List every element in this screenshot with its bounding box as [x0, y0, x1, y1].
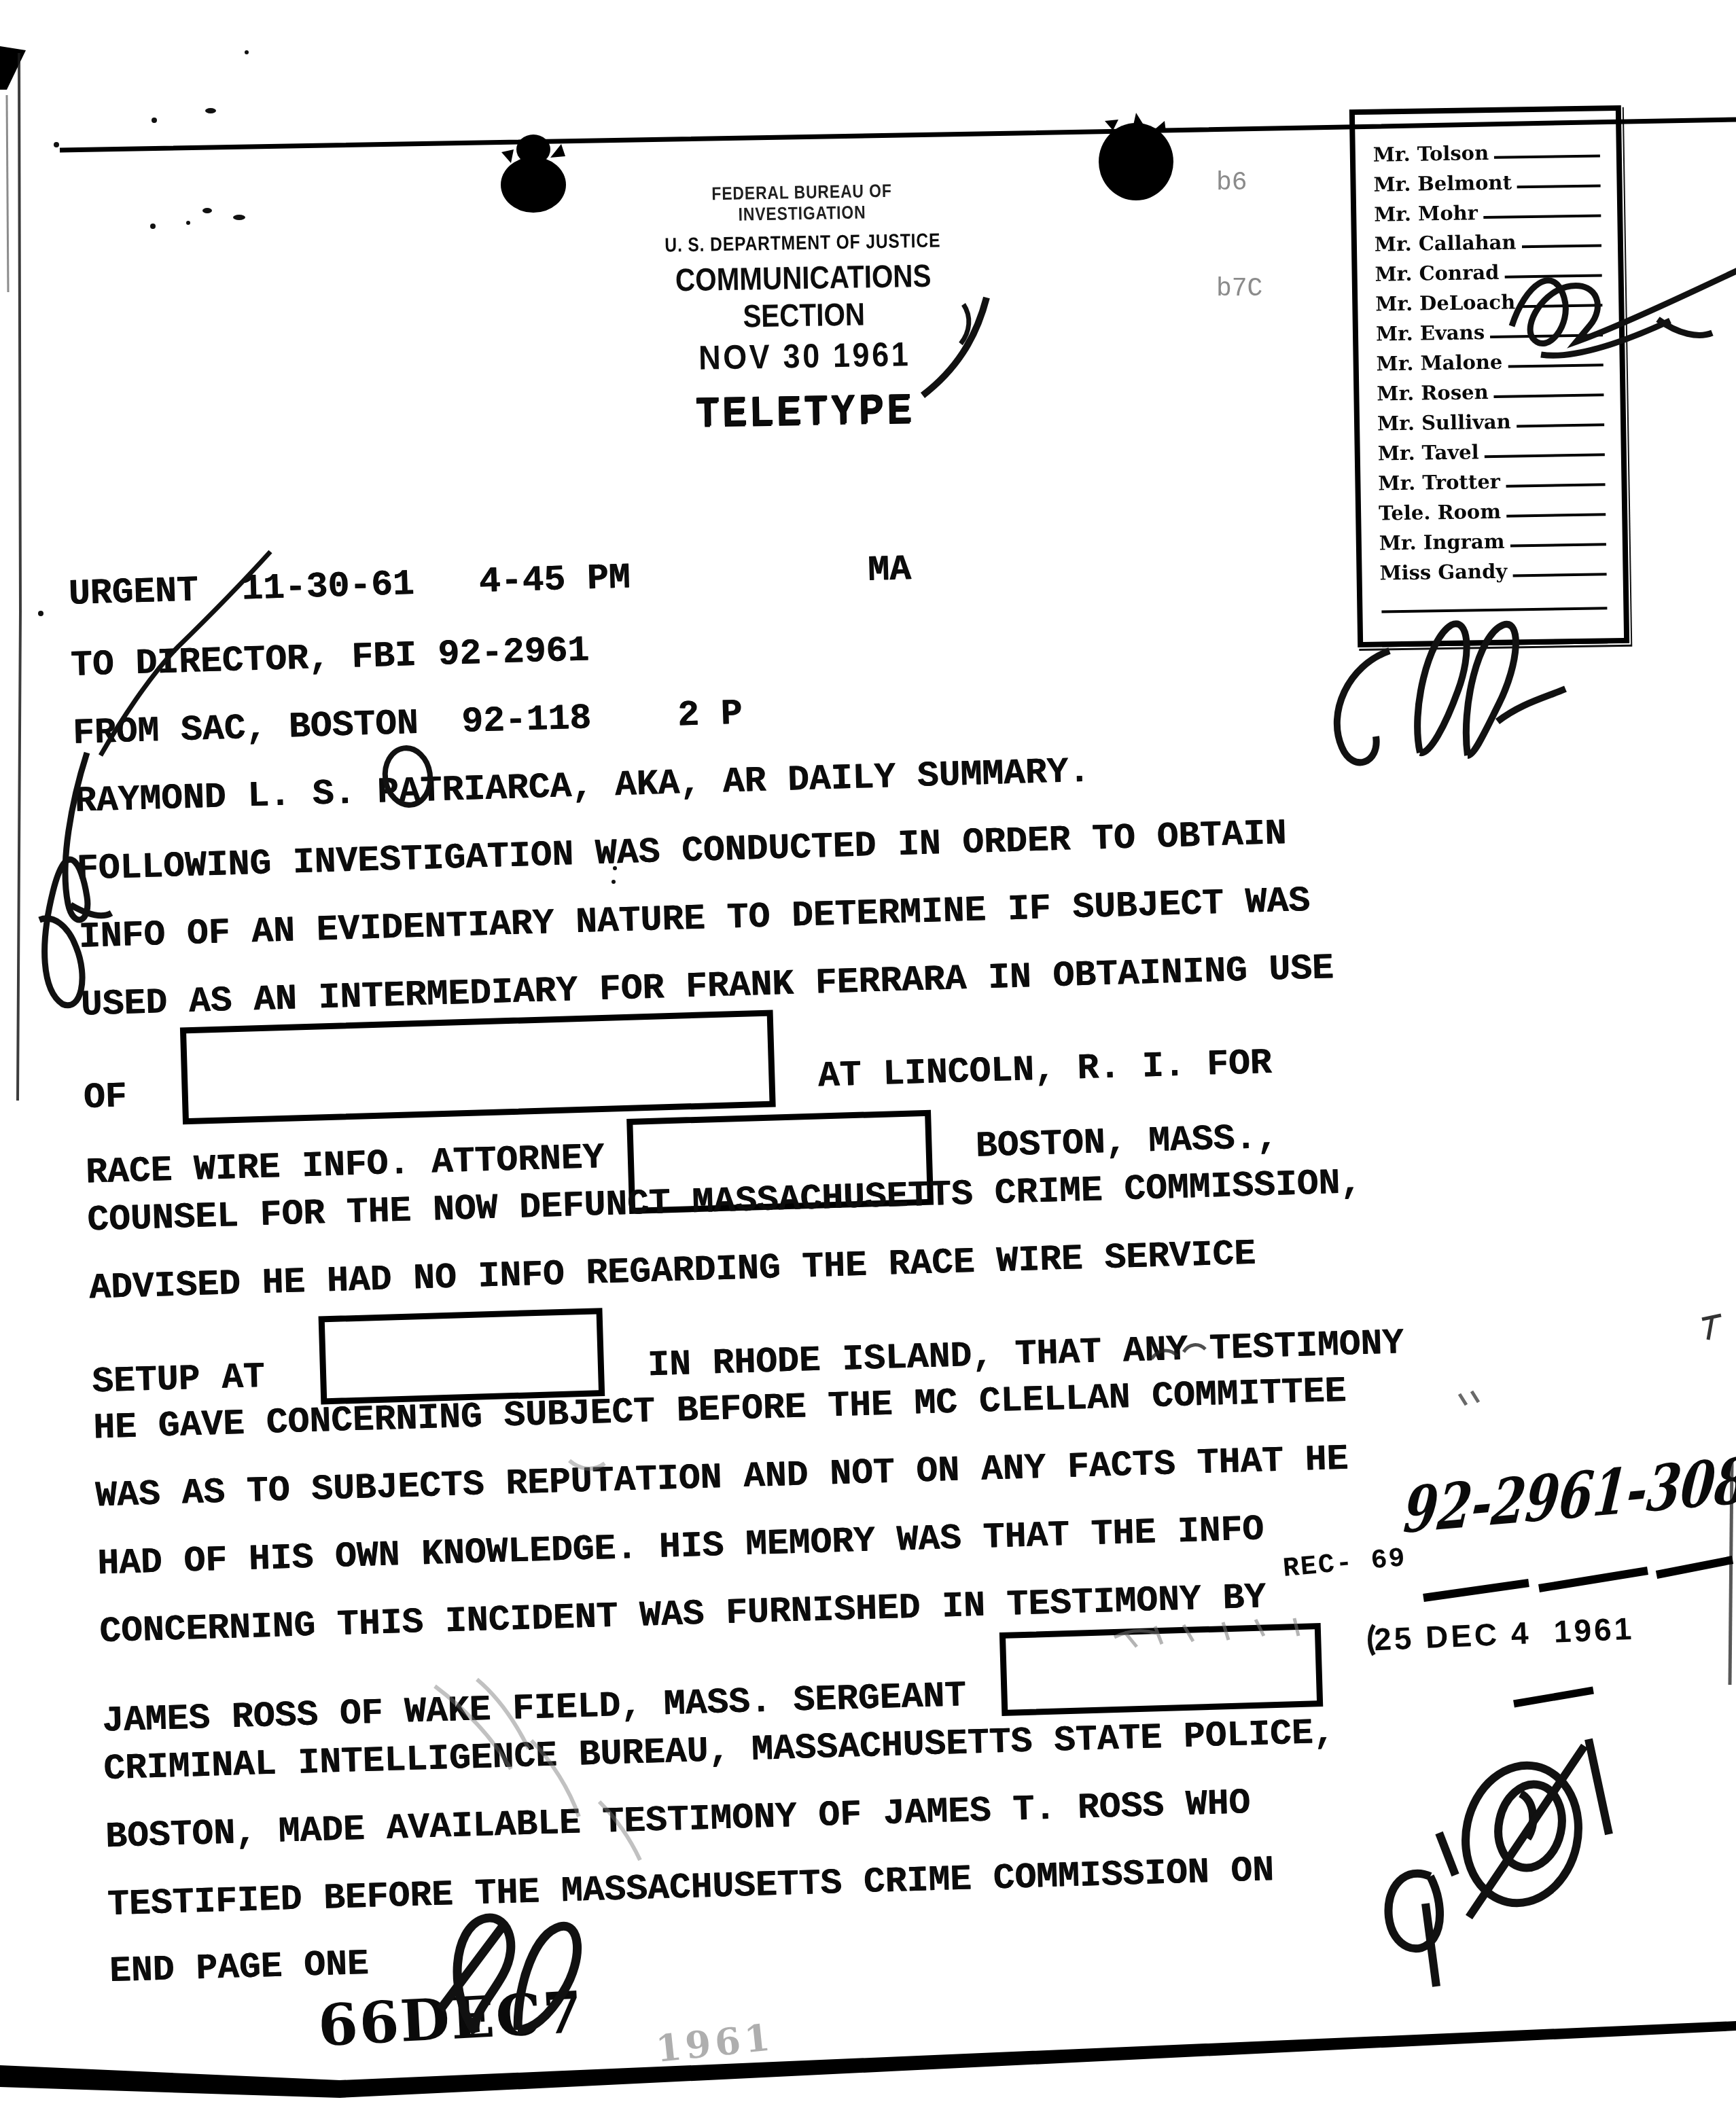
- routing-rule-line: [1490, 334, 1603, 338]
- section-name: COMMUNICATIONS SECTION: [660, 256, 947, 336]
- routing-row: Mr. DeLoach: [1375, 281, 1604, 314]
- routing-name: Mr. Rosen: [1377, 382, 1489, 404]
- routing-row: Mr. Mohr: [1374, 191, 1603, 224]
- line-text: SETUP AT: [91, 1357, 265, 1403]
- routing-name: Tele. Room: [1379, 502, 1501, 524]
- routing-rule-line: [1504, 274, 1601, 278]
- routing-name: Mr. Trotter: [1378, 472, 1500, 494]
- margin-tick: [1702, 1315, 1721, 1340]
- teletype-line: TO DIRECTOR, FBI 92-2961: [70, 630, 590, 686]
- redaction-box: [999, 1623, 1323, 1716]
- routing-rule-line: [1485, 453, 1605, 458]
- classification-markings: b6 b7C: [1216, 95, 1278, 378]
- department-name: U. S. DEPARTMENT OF JUSTICE: [661, 230, 944, 257]
- routing-rule-line: [1512, 573, 1606, 577]
- received-date-stamp: NOV 30 1961: [654, 334, 955, 378]
- teletype-line: FROM SAC, BOSTON 92-118 2 P: [72, 694, 743, 754]
- teletype-line: TESTIFIED BEFORE THE MASSACHUSETTS CRIME…: [107, 1850, 1275, 1925]
- teletype-stamp: TELETYPE: [658, 384, 952, 436]
- teletype-line: URGENT 11-30-61 4-45 PM MA: [68, 549, 912, 615]
- ink-blot-right: [1099, 113, 1173, 200]
- agency-name: FEDERAL BUREAU OF INVESTIGATION: [660, 179, 944, 226]
- line-text: AT LINCOLN, R. I. FOR: [796, 1042, 1272, 1097]
- line-text: RACE WIRE INFO. ATTORNEY: [85, 1137, 605, 1194]
- line-text: OF: [83, 1076, 127, 1118]
- teletype-line: HAD OF HIS OWN KNOWLEDGE. HIS MEMORY WAS…: [96, 1509, 1264, 1584]
- redaction-box: [319, 1308, 605, 1404]
- routing-row: Mr. Rosen: [1377, 370, 1606, 404]
- routing-rule-line: [1506, 513, 1606, 517]
- routing-name: Mr. Tavel: [1378, 442, 1479, 463]
- routing-rule-line: [1508, 363, 1603, 368]
- routing-row: Mr. Sullivan: [1377, 400, 1606, 433]
- teletype-line: BOSTON, MADE AVAILABLE TESTIMONY OF JAME…: [105, 1783, 1251, 1857]
- teletype-line: RAYMOND L. S. PATRIARCA, AKA, AR DAILY S…: [74, 751, 1091, 822]
- routing-name: Mr. Callahan: [1375, 232, 1517, 254]
- routing-rule-line: [1494, 393, 1604, 398]
- routing-name: Mr. Sullivan: [1377, 412, 1511, 434]
- corner-artifact: [0, 46, 26, 90]
- teletype-line: INFO OF AN EVIDENTIARY NATURE TO DETERMI…: [78, 880, 1311, 958]
- teletype-line: FOLLOWING INVESTIGATION WAS CONDUCTED IN…: [76, 813, 1287, 890]
- left-scan-edge-2: [7, 95, 8, 292]
- teletype-line: ADVISED HE HAD NO INFO REGARDING THE RAC…: [88, 1234, 1256, 1309]
- routing-rule-line: [1522, 244, 1601, 248]
- message-body: URGENT 11-30-61 4-45 PM MATO DIRECTOR, F…: [68, 532, 1538, 2041]
- routing-name: Mr. Conrad: [1375, 263, 1499, 285]
- routing-name: Mr. Mohr: [1374, 203, 1478, 224]
- routing-row: Mr. Callahan: [1374, 221, 1603, 254]
- routing-row: Mr. Evans: [1376, 310, 1605, 344]
- routing-row: Mr. Conrad: [1375, 251, 1604, 284]
- teletype-line: END PAGE ONE: [109, 1944, 369, 1992]
- routing-name: Mr. Malone: [1376, 353, 1502, 374]
- routing-name: Mr. DeLoach: [1375, 292, 1515, 314]
- routing-name: Mr. Evans: [1376, 323, 1485, 344]
- routing-name: Mr. Tolson: [1373, 143, 1489, 165]
- routing-rule-line: [1517, 423, 1604, 427]
- filed-date-stamp: 66DEC7: [317, 1978, 586, 2059]
- routing-name: Mr. Belmont: [1373, 173, 1512, 194]
- routing-rule-line: [1521, 304, 1602, 308]
- routing-rule-line: [1506, 483, 1606, 487]
- exemption-b6: b6: [1216, 166, 1278, 201]
- ink-blot-left: [501, 135, 566, 213]
- document-page: b6 b7C FEDERAL BUREAU OF INVESTIGATION U…: [0, 0, 1736, 2106]
- line-text: BOSTON, MASS.,: [953, 1118, 1279, 1168]
- teletype-line: WAS AS TO SUBJECTS REPUTATION AND NOT ON…: [94, 1439, 1349, 1517]
- routing-row: Mr. Tolson: [1372, 131, 1601, 164]
- teletype-header-stamp: FEDERAL BUREAU OF INVESTIGATION U. S. DE…: [635, 179, 972, 436]
- routing-row: Mr. Tavel: [1377, 430, 1606, 463]
- exemption-b7c: b7C: [1216, 272, 1278, 307]
- routing-row: Mr. Trotter: [1378, 460, 1607, 493]
- routing-rule-line: [1483, 214, 1601, 219]
- routing-rule-line: [1510, 543, 1606, 547]
- routing-row: Tele. Room: [1379, 490, 1608, 523]
- left-scan-edge: [18, 53, 20, 1101]
- routing-row: Mr. Malone: [1376, 340, 1605, 374]
- routing-rule-line: [1494, 154, 1600, 158]
- routing-rule-line: [1517, 184, 1601, 188]
- routing-row: Mr. Belmont: [1373, 161, 1602, 194]
